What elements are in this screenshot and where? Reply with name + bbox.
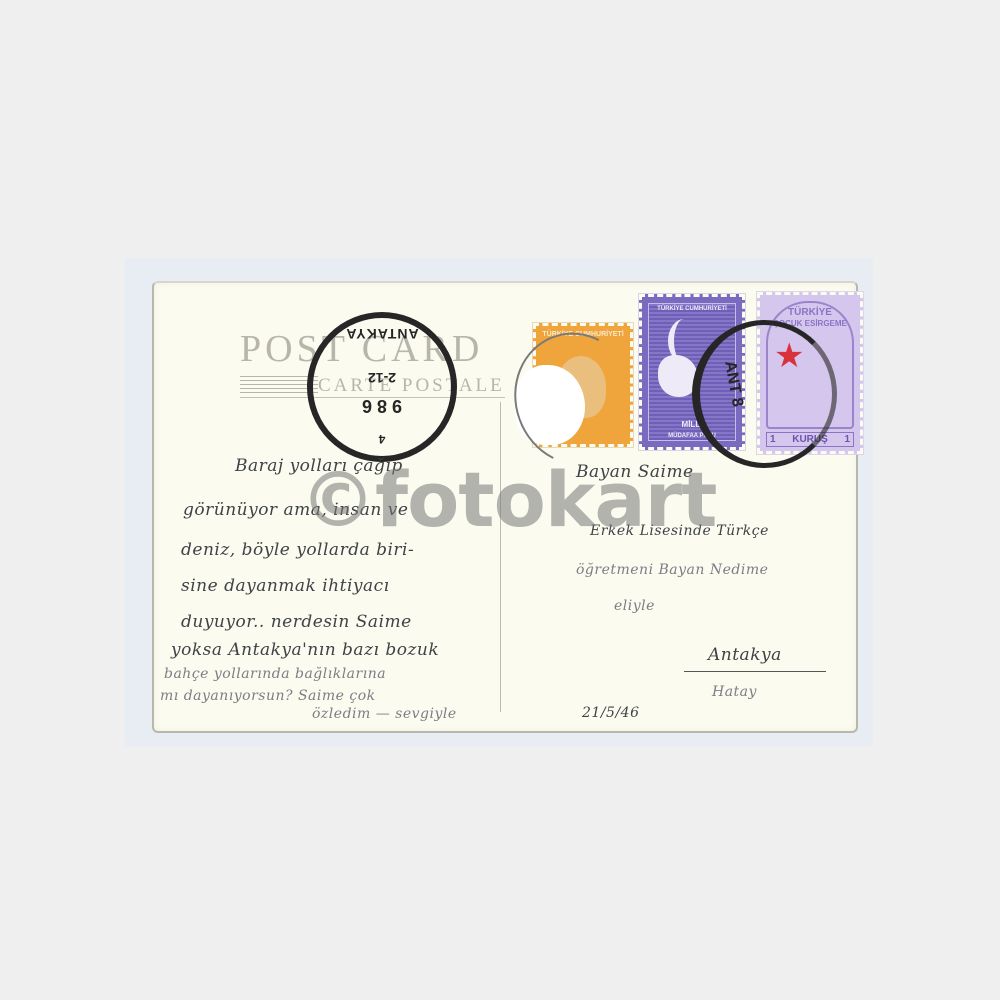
message-line: sine dayanmak ihtiyacı	[181, 576, 390, 596]
fotokart-watermark: ©fotokart	[300, 462, 716, 538]
message-line: özledim — sevgiyle	[312, 706, 457, 722]
address-line: eliyle	[614, 598, 655, 614]
address-city: Antakya	[708, 645, 782, 665]
stamp-text-top: TÜRKİYE CUMHURİYETİ	[642, 306, 742, 312]
postmark-text: ANT 8	[720, 360, 746, 409]
stamp-value-right: 1	[844, 434, 850, 445]
postmark-date: 2-12	[313, 370, 451, 386]
address-underline	[684, 671, 826, 672]
stamp-text-top: TÜRKİYE	[760, 307, 860, 318]
antakya-postmark: 4 9 8 6 2-12 ANTAKYA	[307, 312, 457, 462]
postmark-numbers: 9 8 6	[313, 395, 451, 416]
stamp-cancel-postmark: ANT 8	[692, 320, 837, 468]
postmark-city: ANTAKYA	[313, 326, 451, 342]
message-line: mı dayanıyorsun? Saime çok	[160, 688, 376, 704]
address-region: Hatay	[712, 684, 757, 700]
postmark-top: 4	[313, 432, 451, 446]
message-line: yoksa Antakya'nın bazı bozuk	[171, 640, 439, 660]
message-line: bahçe yollarında bağlıklarına	[164, 666, 386, 682]
message-line: duyuyor.. nerdesin Saime	[181, 612, 412, 632]
center-divider	[500, 402, 501, 712]
address-line: öğretmeni Bayan Nedime	[576, 562, 768, 578]
handwritten-date: 21/5/46	[582, 705, 639, 721]
